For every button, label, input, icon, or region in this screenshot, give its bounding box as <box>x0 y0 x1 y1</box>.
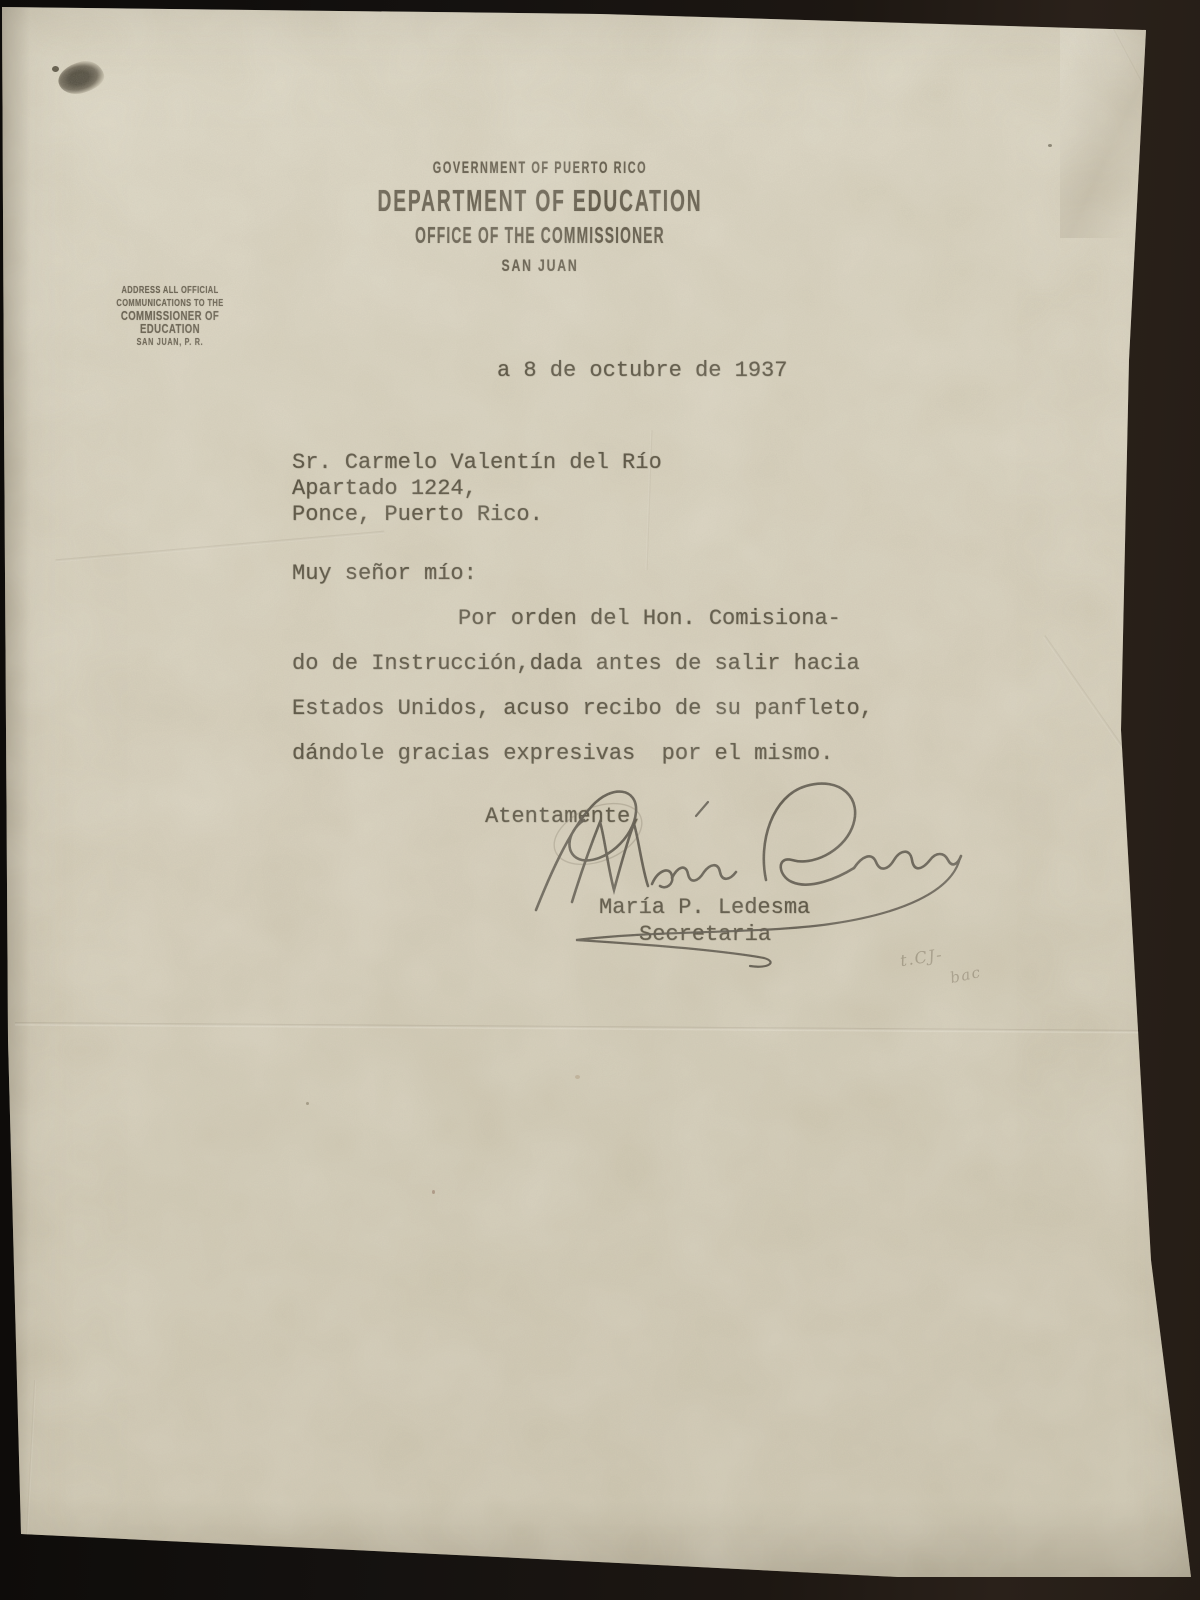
body-line-4: dándole gracias expresivas por el mismo. <box>292 742 833 766</box>
letterhead-office-line: OFFICE OF THE COMMISSIONER <box>330 222 750 249</box>
corner-crease <box>1110 25 1149 97</box>
date-line: a 8 de octubre de 1937 <box>497 359 787 383</box>
body-line-3: Estados Unidos, acuso recibo de su panfl… <box>292 697 873 721</box>
body-line-2: do de Instrucción,dada antes de salir ha… <box>292 652 860 676</box>
body-line-1: Por orden del Hon. Comisiona- <box>458 607 841 631</box>
paper-speck <box>1048 144 1052 147</box>
address-note-line: ADDRESS ALL OFFICIAL <box>103 284 238 297</box>
address-note-line: COMMISSIONER OF EDUCATION <box>101 310 240 336</box>
handwritten-signature <box>520 772 968 977</box>
recipient-name: Sr. Carmelo Valentín del Río <box>292 451 662 475</box>
diagonal-crease-right <box>1043 635 1137 768</box>
corner-curl-shading <box>1060 28 1155 238</box>
letterhead-city-line: SAN JUAN <box>288 256 792 276</box>
recipient-address: Apartado 1224, <box>292 477 477 501</box>
letterhead: GOVERNMENT OF PUERTO RICO DEPARTMENT OF … <box>190 158 890 276</box>
paper-speck <box>306 1102 309 1105</box>
ink-speck <box>52 66 59 72</box>
scanned-letter-photo: GOVERNMENT OF PUERTO RICO DEPARTMENT OF … <box>0 0 1200 1600</box>
bottom-edge-shading <box>0 1500 1200 1600</box>
horizontal-fold-crease <box>15 1022 1145 1034</box>
recipient-city: Ponce, Puerto Rico. <box>292 503 543 527</box>
letterhead-government-line: GOVERNMENT OF PUERTO RICO <box>316 158 764 178</box>
left-edge-shading <box>0 0 30 1600</box>
vertical-crease-corner <box>26 1380 36 1540</box>
paper-stain-faint <box>575 1075 580 1079</box>
paper-speck <box>432 1190 435 1194</box>
ink-stain <box>55 57 107 98</box>
official-address-note: ADDRESS ALL OFFICIAL COMMUNICATIONS TO T… <box>80 284 260 349</box>
letterhead-department-line: DEPARTMENT OF EDUCATION <box>323 183 757 219</box>
letter-paper-sheet: GOVERNMENT OF PUERTO RICO DEPARTMENT OF … <box>0 0 1200 1600</box>
address-note-line: SAN JUAN, P. R. <box>105 336 235 349</box>
diagonal-crease-left <box>55 531 384 563</box>
salutation: Muy señor mío: <box>292 562 477 586</box>
